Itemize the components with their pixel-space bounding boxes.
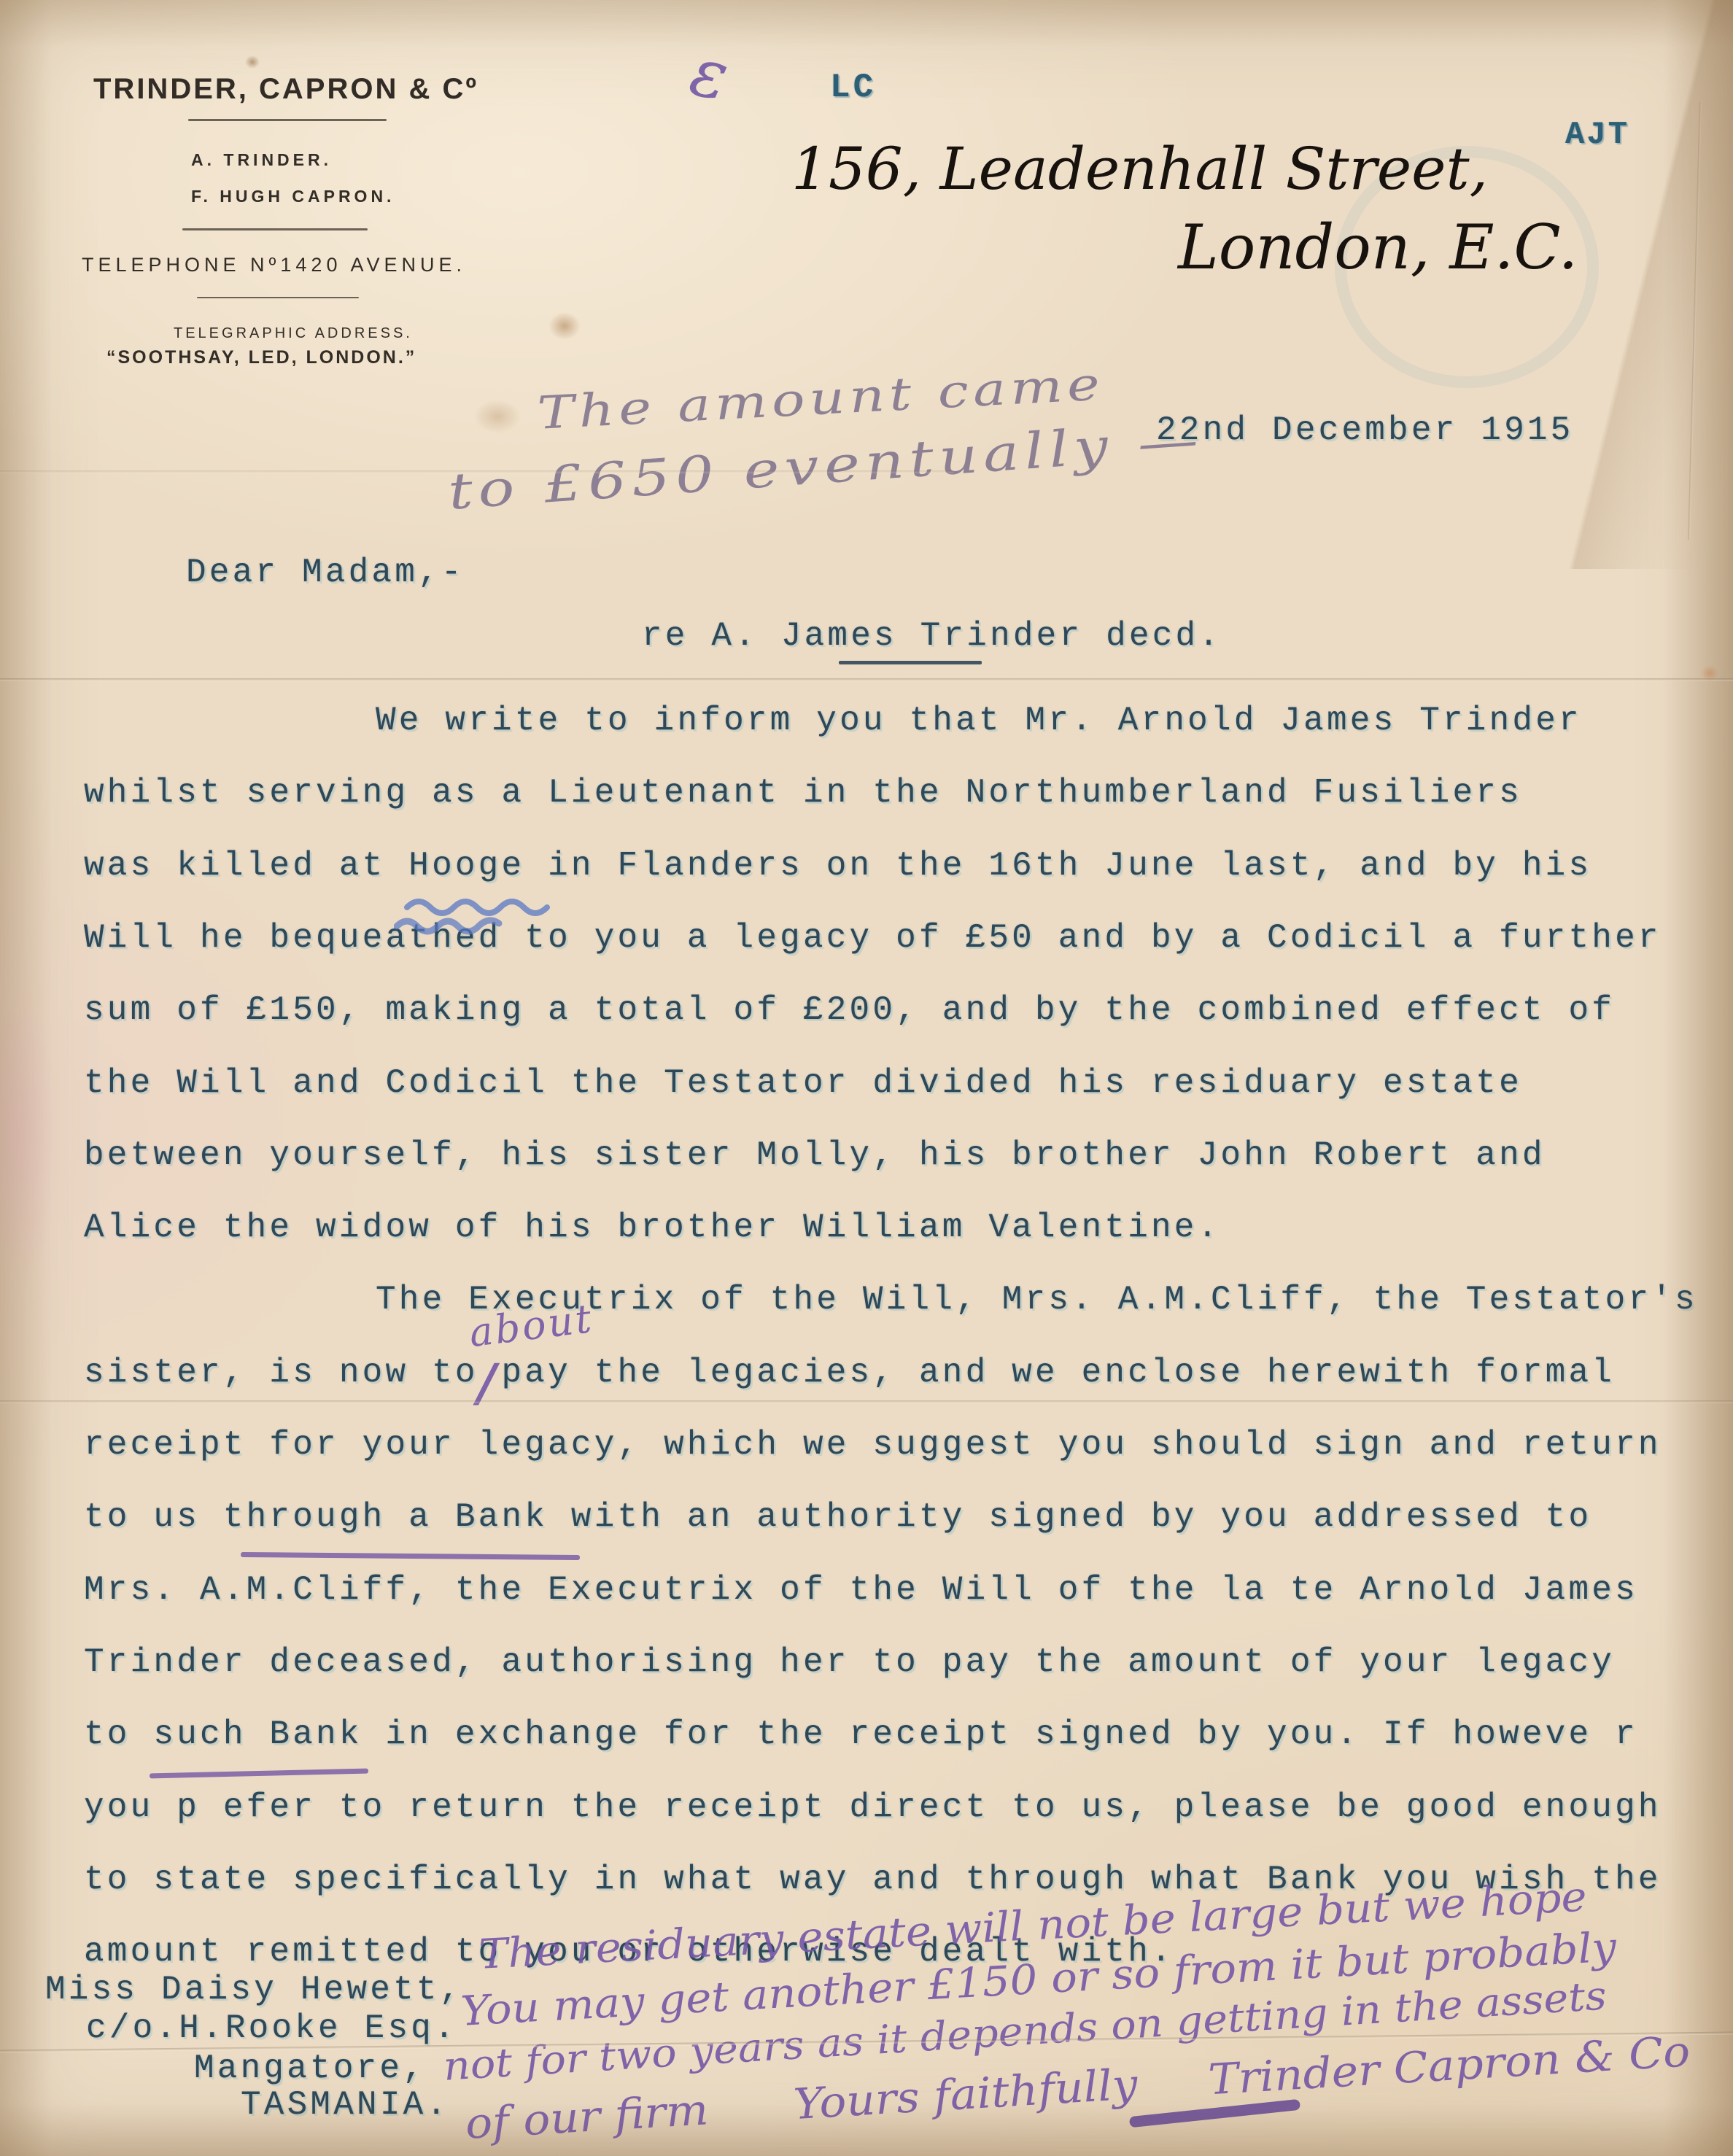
recipient-line: Mangatore, <box>194 2052 426 2085</box>
corner-fold-shadow <box>1492 0 1733 569</box>
underline-through-a-bank <box>241 1552 580 1560</box>
body-line: receipt for your legacy, which we sugges… <box>84 1428 1662 1462</box>
letterhead-telegraphic-label: TELEGRAPHIC ADDRESS. <box>174 325 413 342</box>
body-line: the Will and Codicil the Testator divide… <box>84 1066 1522 1100</box>
filing-mark: ε <box>683 32 735 116</box>
stain-spot <box>474 400 521 433</box>
body-line: Will he bequeathed to you a legacy of £5… <box>84 921 1662 955</box>
recipient-line: TASMANIA. <box>241 2088 449 2122</box>
body-line: sister, is now to pay the legacies, and … <box>84 1356 1615 1389</box>
letterhead-partner: F. HUGH CAPRON. <box>191 187 395 206</box>
body-line: whilst serving as a Lieutenant in the No… <box>84 776 1522 810</box>
recipient-line: c/o.H.Rooke Esq. <box>86 2012 457 2045</box>
stain-spot <box>1701 665 1718 681</box>
letterhead-city: London, E.C. <box>1178 212 1578 283</box>
stain-spot <box>245 55 260 69</box>
body-line: Mrs. A.M.Cliff, the Executrix of the Wil… <box>84 1573 1638 1607</box>
letterhead-telephone: TELEPHONE Nº1420 AVENUE. <box>82 254 466 276</box>
letterhead-telegraphic-address: “SOOTHSAY, LED, LONDON.” <box>106 347 416 368</box>
letterhead-street-address: 156, Leadenhall Street, <box>791 135 1488 203</box>
initials-stamp-lc: LC <box>830 69 876 106</box>
subject-underline <box>839 661 982 664</box>
body-line: to such Bank in exchange for the receipt… <box>84 1718 1638 1751</box>
date-line: 22nd December 1915 <box>1156 414 1573 447</box>
letterhead-partner: A. TRINDER. <box>191 150 332 170</box>
fold-crease <box>0 678 1733 681</box>
stain-pink <box>0 992 58 1284</box>
insertion-caret: / <box>477 1352 496 1413</box>
recipient-line: Miss Daisy Hewett, <box>45 1973 462 2006</box>
body-line: to us through a Bank with an authority s… <box>84 1500 1592 1534</box>
body-line: We write to inform you that Mr. Arnold J… <box>376 704 1582 737</box>
letterhead-divider <box>197 297 359 298</box>
letterhead-divider <box>182 228 368 230</box>
salutation: Dear Madam,- <box>186 556 465 589</box>
body-line: Trinder deceased, authorising her to pay… <box>84 1645 1615 1679</box>
body-line: Alice the widow of his brother William V… <box>84 1211 1220 1244</box>
fold-crease-vertical <box>1688 102 1702 540</box>
stain-spot <box>548 312 581 340</box>
subject-line: re A. James Trinder decd. <box>642 619 1222 653</box>
body-line: sum of £150, making a total of £200, and… <box>84 993 1615 1027</box>
letter-page: TRINDER, CAPRON & Cº A. TRINDER. F. HUGH… <box>0 0 1733 2156</box>
body-line: was killed at Hooge in Flanders on the 1… <box>84 849 1592 883</box>
initials-stamp-ajt: AJT <box>1565 117 1629 153</box>
letterhead-firm-name: TRINDER, CAPRON & Cº <box>93 73 478 106</box>
body-line: you p efer to return the receipt direct … <box>84 1791 1662 1824</box>
underline-such-bank <box>150 1769 368 1779</box>
body-line: between yourself, his sister Molly, his … <box>84 1139 1546 1172</box>
letterhead-divider <box>188 119 387 121</box>
fold-crease <box>0 1400 1733 1403</box>
